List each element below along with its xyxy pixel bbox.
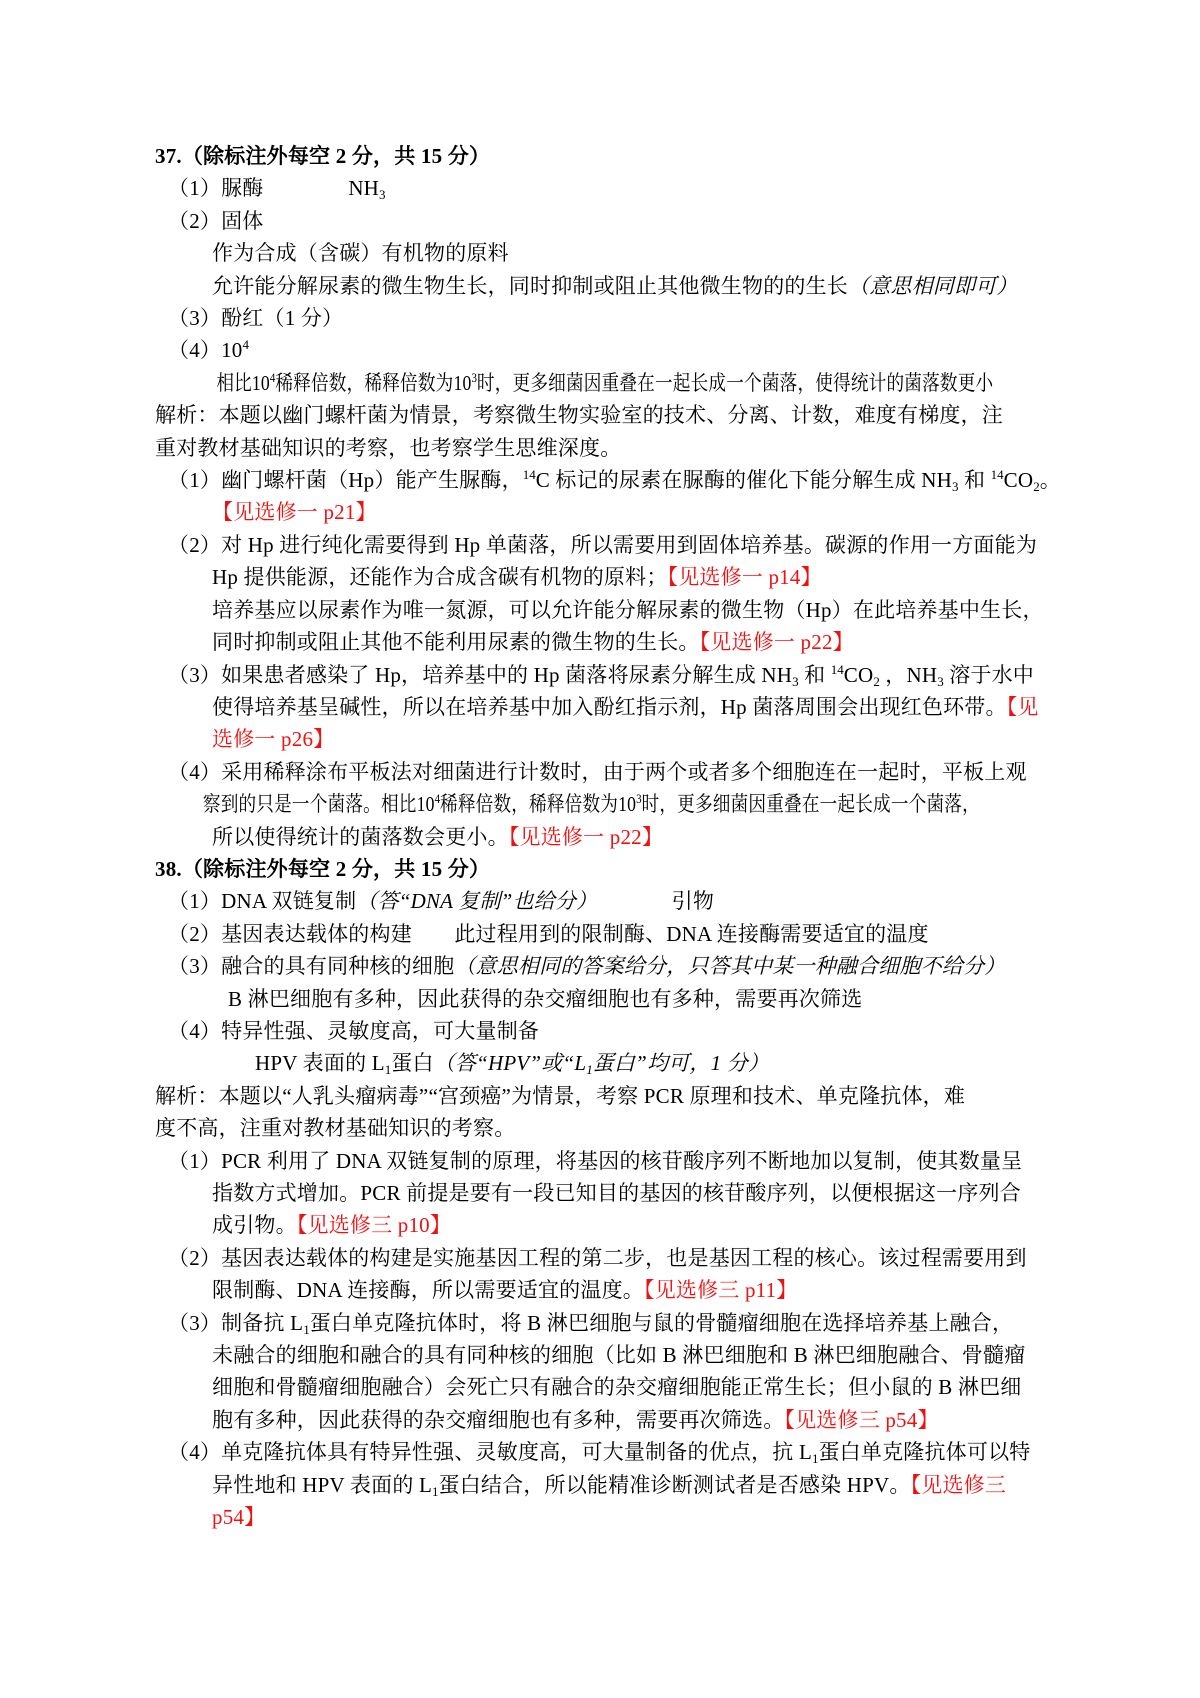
text-segment: （4）采用稀释涂布平板法对细菌进行计数时，由于两个或者多个细胞连在一起时，平板上… [168, 760, 1027, 784]
text-segment: （2）对 Hp 进行纯化需要得到 Hp 单菌落，所以需要用到固体培养基。碳源的作… [168, 533, 1037, 557]
reference-tag: 【见选修一 p14】 [668, 565, 822, 589]
reference-tag: 【见选修三 p54】 [784, 1408, 938, 1432]
text-line: （4）采用稀释涂布平板法对细菌进行计数时，由于两个或者多个细胞连在一起时，平板上… [155, 756, 1060, 788]
text-segment [412, 922, 454, 946]
answer-sheet: 37.（除标注外每空 2 分，共 15 分）（1）脲酶 NH3（2）固体作为合成… [155, 140, 1060, 1533]
text-segment: C 标记的尿素在脲酶的催化下能分解生成 NH [536, 468, 952, 492]
text-segment [264, 176, 349, 200]
text-segment: 异性地和 HPV 表面的 L [212, 1473, 432, 1497]
text-segment: 3 [379, 187, 386, 202]
text-line: （3）融合的具有同种核的细胞（意思相同的答案给分，只答其中某一种融合细胞不给分） [155, 950, 1060, 982]
text-line: 允许能分解尿素的微生物生长，同时抑制或阻止其他微生物的的生长（意思相同即可） [155, 270, 1060, 302]
text-line: 所以使得统计的菌落数会更小。【见选修一 p22】 [155, 821, 1060, 853]
text-segment: 。 [1040, 468, 1061, 492]
text-line: （1）脲酶 NH3 [155, 172, 1060, 204]
text-segment: 所以使得统计的菌落数会更小。 [212, 825, 509, 849]
text-segment: 重对教材基础知识的考察，也考察学生思维深度。 [155, 436, 621, 460]
reference-tag: 选修一 p26】 [212, 727, 334, 751]
text-segment: 相比10 [216, 371, 270, 395]
text-line: （2）对 Hp 进行纯化需要得到 Hp 单菌落，所以需要用到固体培养基。碳源的作… [155, 529, 1060, 561]
text-line: 作为合成（含碳）有机物的原料 [155, 237, 1060, 269]
text-segment: 38.（除标注外每空 2 分，共 15 分） [155, 857, 490, 881]
reference-tag: 【见选修一 p21】 [212, 500, 377, 524]
text-line: （2）固体 [155, 205, 1060, 237]
text-line: （4）104 [155, 334, 1060, 366]
text-segment: 蛋白单克隆抗体可以特 [818, 1440, 1030, 1464]
text-line: （1）DNA 双链复制（答“DNA 复制”也给分） 引物 [155, 885, 1060, 917]
text-line: 察到的只是一个菌落。相比104稀释倍数，稀释倍数为103时，更多细菌因重叠在一起… [155, 788, 915, 820]
text-line: （1）幽门螺杆菌（Hp）能产生脲酶，14C 标记的尿素在脲酶的催化下能分解生成 … [155, 464, 1060, 496]
text-segment: CO [844, 663, 874, 687]
text-segment: 察到的只是一个菌落。相比10 [203, 792, 435, 816]
text-segment: （2）基因表达载体的构建是实施基因工程的第二步，也是基因工程的核心。该过程需要用… [168, 1246, 1027, 1270]
text-line: 度不高，注重对教材基础知识的考察。 [155, 1112, 1060, 1144]
text-segment: 解析：本题以“人乳头瘤病毒”“宫颈癌”为情景，考察 PCR 原理和技术、单克隆抗… [155, 1084, 965, 1108]
text-segment: （3）酚红（1 分） [168, 306, 343, 330]
question-heading: 37.（除标注外每空 2 分，共 15 分） [155, 140, 1060, 172]
text-segment: 此过程用到的限制酶、DNA 连接酶需要适宜的温度 [454, 922, 928, 946]
text-segment: 同时抑制或阻止其他不能利用尿素的微生物的生长。 [212, 630, 700, 654]
text-line: 成引物。【见选修三 p10】 [155, 1209, 1060, 1241]
text-segment: （答“HPV”或“L [434, 1051, 587, 1075]
text-line: 【见选修一 p21】 [155, 496, 1060, 528]
text-line: 限制酶、DNA 连接酶，所以需要适宜的温度。【见选修三 p11】 [155, 1274, 1060, 1306]
text-segment: 限制酶、DNA 连接酶，所以需要适宜的温度。 [212, 1278, 644, 1302]
text-line: 胞有多种，因此获得的杂交瘤细胞也有多种，需要再次筛选。【见选修三 p54】 [155, 1404, 1060, 1436]
reference-tag: 【见选修一 p22】 [700, 630, 854, 654]
text-segment: （2）固体 [168, 209, 264, 233]
text-segment: 37.（除标注外每空 2 分，共 15 分） [155, 144, 490, 168]
text-line: （4）单克隆抗体具有特异性强、灵敏度高，可大量制备的优点，抗 L1蛋白单克隆抗体… [155, 1436, 1060, 1468]
reference-tag: 【见选修三 p10】 [297, 1213, 451, 1237]
text-segment: 蛋白”均可，1 分） [593, 1051, 769, 1075]
text-line: 指数方式增加。PCR 前提是要有一段已知目的基因的核苷酸序列，以便根据这一序列合 [155, 1177, 1060, 1209]
text-line: （1）PCR 利用了 DNA 双链复制的原理，将基因的核苷酸序列不断地加以复制，… [155, 1145, 1060, 1177]
text-line: （3）酚红（1 分） [155, 302, 1060, 334]
text-segment: （答“DNA 复制”也给分） [356, 889, 587, 913]
text-segment [587, 889, 672, 913]
text-segment: 允许能分解尿素的微生物生长，同时抑制或阻止其他微生物的的生长 [212, 274, 848, 298]
text-segment: 未融合的细胞和融合的具有同种核的细胞（比如 B 淋巴细胞和 B 淋巴细胞融合、骨… [212, 1343, 1025, 1367]
text-line: HPV 表面的 L1蛋白（答“HPV”或“L1蛋白”均可，1 分） [155, 1047, 1060, 1079]
text-segment: （1）幽门螺杆菌（Hp）能产生脲酶， [168, 468, 523, 492]
text-segment: （意思相同的答案给分，只答其中某一种融合细胞不给分） [454, 954, 1005, 978]
text-segment: 使得培养基呈碱性，所以在培养基中加入酚红指示剂，Hp 菌落周围会出现红色环带。 [212, 695, 1007, 719]
text-segment: （1）DNA 双链复制 [168, 889, 356, 913]
text-line: 解析：本题以“人乳头瘤病毒”“宫颈癌”为情景，考察 PCR 原理和技术、单克隆抗… [155, 1080, 1060, 1112]
text-segment: 14 [991, 467, 1004, 482]
text-segment: Hp 提供能源，还能作为合成含碳有机物的原料； [212, 565, 668, 589]
text-line: 相比104稀释倍数，稀释倍数为103时，更多细菌因重叠在一起长成一个菌落，使得统… [155, 367, 915, 399]
text-segment: 4 [243, 337, 250, 352]
text-segment: （4）10 [168, 338, 243, 362]
text-line: 使得培养基呈碱性，所以在培养基中加入酚红指示剂，Hp 菌落周围会出现红色环带。【… [155, 691, 1060, 723]
text-segment: 溶于水中 [944, 663, 1034, 687]
text-segment: 成引物。 [212, 1213, 297, 1237]
question-heading: 38.（除标注外每空 2 分，共 15 分） [155, 853, 1060, 885]
text-segment: 稀释倍数，稀释倍数为10 [440, 792, 636, 816]
text-line: 未融合的细胞和融合的具有同种核的细胞（比如 B 淋巴细胞和 B 淋巴细胞融合、骨… [155, 1339, 1060, 1371]
text-segment: 14 [523, 467, 536, 482]
text-line: B 淋巴细胞有多种，因此获得的杂交瘤细胞也有多种，需要再次筛选 [155, 983, 1060, 1015]
text-segment: （3）融合的具有同种核的细胞 [168, 954, 454, 978]
text-line: （2）基因表达载体的构建是实施基因工程的第二步，也是基因工程的核心。该过程需要用… [155, 1242, 1060, 1274]
text-segment: 时，更多细菌因重叠在一起长成一个菌落，使得统计的菌落数更小 [477, 371, 993, 395]
text-line: 细胞和骨髓瘤细胞融合）会死亡只有融合的杂交瘤细胞能正常生长；但小鼠的 B 淋巴细 [155, 1371, 1060, 1403]
text-segment: ，NH [880, 663, 937, 687]
text-segment: （3）制备抗 L [168, 1311, 303, 1335]
text-line: 同时抑制或阻止其他不能利用尿素的微生物的生长。【见选修一 p22】 [155, 626, 1060, 658]
document-page: 37.（除标注外每空 2 分，共 15 分）（1）脲酶 NH3（2）固体作为合成… [0, 0, 1200, 1698]
reference-tag: 【见选修三 p11】 [644, 1278, 797, 1302]
text-segment: 蛋白单克隆抗体时，将 B 淋巴细胞与鼠的骨髓瘤细胞在选择培养基上融合， [310, 1311, 1014, 1335]
text-line: 重对教材基础知识的考察，也考察学生思维深度。 [155, 432, 1060, 464]
text-segment: NH [348, 176, 379, 200]
text-segment: 时，更多细菌因重叠在一起长成一个菌落， [642, 792, 980, 816]
text-segment: （1）脲酶 [168, 176, 264, 200]
text-line: 培养基应以尿素作为唯一氮源，可以允许能分解尿素的微生物（Hp）在此培养基中生长， [155, 594, 1060, 626]
text-line: （2）基因表达载体的构建 此过程用到的限制酶、DNA 连接酶需要适宜的温度 [155, 918, 1060, 950]
text-segment: 细胞和骨髓瘤细胞融合）会死亡只有融合的杂交瘤细胞能正常生长；但小鼠的 B 淋巴细 [212, 1375, 1022, 1399]
text-line: 选修一 p26】 [155, 723, 1060, 755]
text-segment: （1）PCR 利用了 DNA 双链复制的原理，将基因的核苷酸序列不断地加以复制，… [168, 1149, 1022, 1173]
text-segment: 作为合成（含碳）有机物的原料 [212, 241, 509, 265]
text-segment: 胞有多种，因此获得的杂交瘤细胞也有多种，需要再次筛选。 [212, 1408, 784, 1432]
text-segment: 和 [959, 468, 991, 492]
text-segment: 引物 [672, 889, 714, 913]
text-segment: HPV 表面的 L [255, 1051, 385, 1075]
text-line: （3）如果患者感染了 Hp，培养基中的 Hp 菌落将尿素分解生成 NH3 和 1… [155, 659, 1060, 691]
text-segment: 指数方式增加。PCR 前提是要有一段已知目的基因的核苷酸序列，以便根据这一序列合 [212, 1181, 1021, 1205]
text-line: p54】 [155, 1501, 1060, 1533]
text-segment: B 淋巴细胞有多种，因此获得的杂交瘤细胞也有多种，需要再次筛选 [228, 987, 862, 1011]
reference-tag: 【见选修一 p22】 [509, 825, 663, 849]
text-line: （4）特异性强、灵敏度高，可大量制备 [155, 1015, 1060, 1047]
reference-tag: 【见 [1007, 695, 1039, 719]
text-line: Hp 提供能源，还能作为合成含碳有机物的原料；【见选修一 p14】 [155, 561, 1060, 593]
text-segment: （4）单克隆抗体具有特异性强、灵敏度高，可大量制备的优点，抗 L [168, 1440, 812, 1464]
text-line: 异性地和 HPV 表面的 L1蛋白结合，所以能精准诊断测试者是否感染 HPV。【… [155, 1469, 1060, 1501]
text-segment: 蛋白 [391, 1051, 433, 1075]
text-segment: （4）特异性强、灵敏度高，可大量制备 [168, 1019, 539, 1043]
text-segment: （2）基因表达载体的构建 [168, 922, 412, 946]
text-segment: 稀释倍数，稀释倍数为10 [275, 371, 471, 395]
text-segment: 蛋白结合，所以能精准诊断测试者是否感染 HPV。 [439, 1473, 911, 1497]
text-segment: 14 [831, 662, 844, 677]
text-segment: 培养基应以尿素作为唯一氮源，可以允许能分解尿素的微生物（Hp）在此培养基中生长， [212, 598, 1044, 622]
text-segment: （意思相同即可） [848, 274, 1018, 298]
text-segment: 和 [799, 663, 831, 687]
text-line: （3）制备抗 L1蛋白单克隆抗体时，将 B 淋巴细胞与鼠的骨髓瘤细胞在选择培养基… [155, 1307, 1060, 1339]
text-segment: CO [1004, 468, 1034, 492]
reference-tag: p54】 [212, 1505, 265, 1529]
reference-tag: 【见选修三 [911, 1473, 1007, 1497]
text-segment: （3）如果患者感染了 Hp，培养基中的 Hp 菌落将尿素分解生成 NH [168, 663, 792, 687]
text-segment: 度不高，注重对教材基础知识的考察。 [155, 1116, 515, 1140]
text-line: 解析：本题以幽门螺杆菌为情景，考察微生物实验室的技术、分离、计数，难度有梯度，注 [155, 399, 1060, 431]
text-segment: 解析：本题以幽门螺杆菌为情景，考察微生物实验室的技术、分离、计数，难度有梯度，注 [155, 403, 1003, 427]
